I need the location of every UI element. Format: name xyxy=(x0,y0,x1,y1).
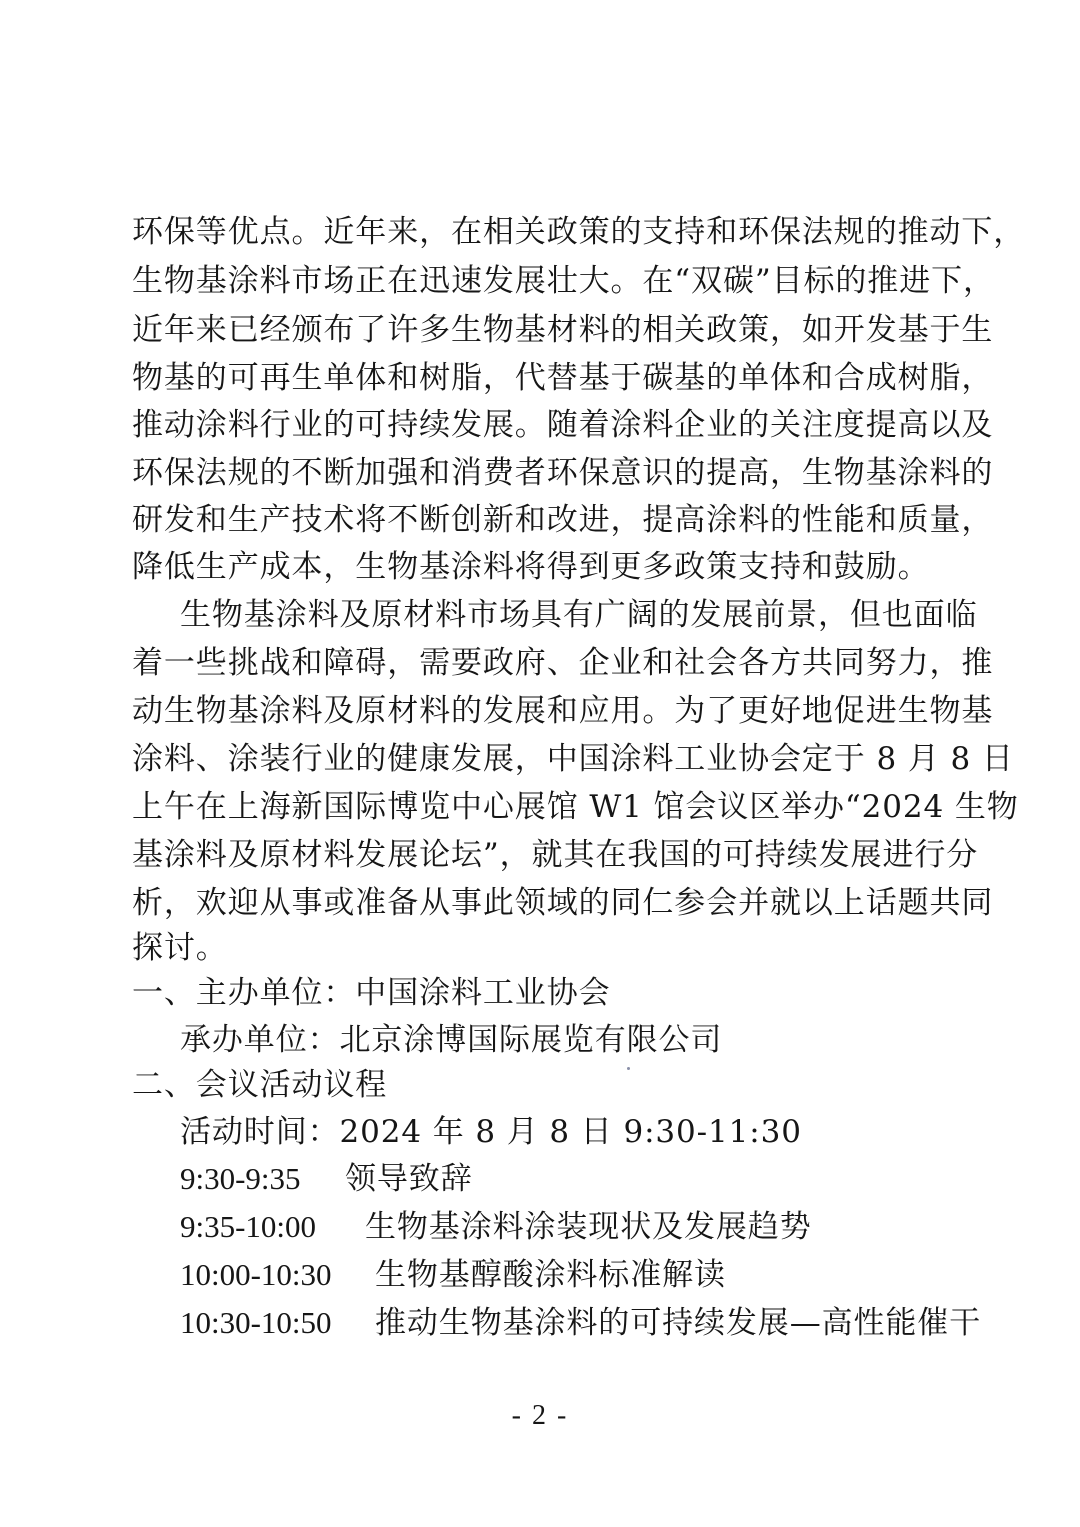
paragraph-2-line-7: 析，欢迎从事或准备从事此领域的同仁参会并就以上话题共同 xyxy=(132,883,947,923)
schedule-title: 领导致辞 xyxy=(345,1161,473,1197)
section-1-heading: 一、主办单位：中国涂料工业协会 xyxy=(132,973,947,1013)
paragraph-2-line-6: 基涂料及原材料发展论坛”，就其在我国的可持续发展进行分 xyxy=(132,835,947,875)
paragraph-1-line-5: 推动涂料行业的可持续发展。随着涂料企业的关注度提高以及 xyxy=(132,405,947,445)
schedule-time: 10:30-10:50 xyxy=(180,1303,375,1343)
schedule-item: 9:30-9:35领导致辞 xyxy=(180,1159,940,1199)
schedule-title: 推动生物基涂料的可持续发展—高性能催干 xyxy=(375,1305,981,1341)
schedule-time: 10:00-10:30 xyxy=(180,1255,375,1295)
schedule-item: 9:35-10:00生物基涂料涂装现状及发展趋势 xyxy=(180,1207,940,1247)
paragraph-2-line-8: 探讨。 xyxy=(132,928,947,968)
schedule-item: 10:30-10:50推动生物基涂料的可持续发展—高性能催干 xyxy=(180,1303,940,1343)
paragraph-2-line-5: 上午在上海新国际博览中心展馆 W1 馆会议区举办“2024 生物 xyxy=(132,787,947,827)
event-time-line: 活动时间：2024 年 8 月 8 日 9:30-11:30 xyxy=(180,1112,995,1152)
schedule-time: 9:35-10:00 xyxy=(180,1207,365,1247)
schedule-title: 生物基醇酸涂料标准解读 xyxy=(375,1257,726,1293)
schedule-item: 10:00-10:30生物基醇酸涂料标准解读 xyxy=(180,1255,940,1295)
paragraph-1-line-7: 研发和生产技术将不断创新和改进，提高涂料的性能和质量， xyxy=(132,500,947,540)
section-2-heading: 二、会议活动议程 xyxy=(132,1065,947,1105)
paragraph-1-line-4: 物基的可再生单体和树脂，代替基于碳基的单体和合成树脂， xyxy=(132,358,947,398)
paragraph-2-line-4: 涂料、涂装行业的健康发展，中国涂料工业协会定于 8 月 8 日 xyxy=(132,739,947,779)
schedule-title: 生物基涂料涂装现状及发展趋势 xyxy=(365,1209,812,1245)
paragraph-1-line-8: 降低生产成本，生物基涂料将得到更多政策支持和鼓励。 xyxy=(132,547,947,587)
schedule-time: 9:30-9:35 xyxy=(180,1159,345,1199)
paragraph-1-line-6: 环保法规的不断加强和消费者环保意识的提高，生物基涂料的 xyxy=(132,453,947,493)
paragraph-1-line-1: 环保等优点。近年来，在相关政策的支持和环保法规的推动下， xyxy=(132,212,947,252)
paragraph-2-line-1: 生物基涂料及原材料市场具有广阔的发展前景，但也面临 xyxy=(180,595,947,635)
co-organizer-line: 承办单位：北京涂博国际展览有限公司 xyxy=(180,1020,995,1060)
paragraph-2-line-3: 动生物基涂料及原材料的发展和应用。为了更好地促进生物基 xyxy=(132,691,947,731)
paragraph-1-line-2: 生物基涂料市场正在迅速发展壮大。在“双碳”目标的推进下， xyxy=(132,261,947,301)
document-page: 环保等优点。近年来，在相关政策的支持和环保法规的推动下， 生物基涂料市场正在迅速… xyxy=(0,0,1080,1527)
paragraph-2-line-2: 着一些挑战和障碍，需要政府、企业和社会各方共同努力，推 xyxy=(132,643,947,683)
page-number: - 2 - xyxy=(0,1400,1080,1432)
paragraph-1-line-3: 近年来已经颁布了许多生物基材料的相关政策，如开发基于生 xyxy=(132,310,947,350)
